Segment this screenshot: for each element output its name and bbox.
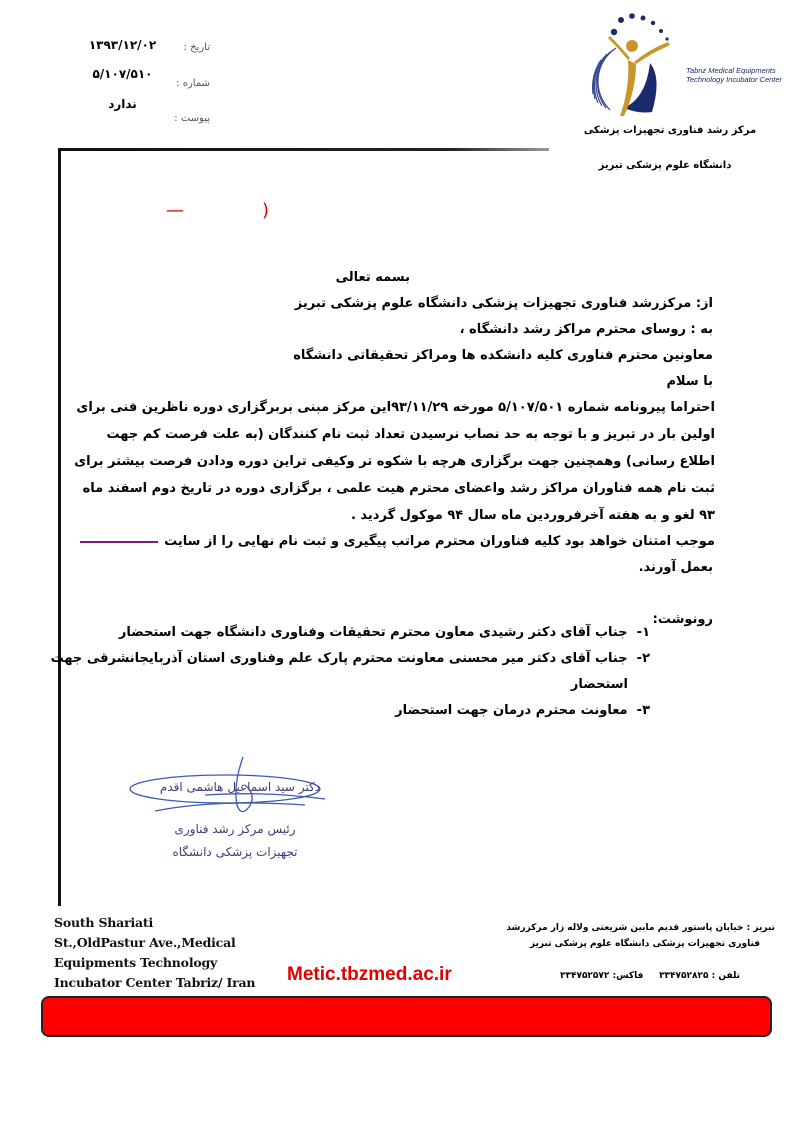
date-label: تاریخ : bbox=[170, 42, 210, 53]
number-value: ۵/۱۰۷/۵۱۰ bbox=[85, 67, 160, 81]
address-en-line: Incubator Center Tabriz/ Iran bbox=[54, 973, 255, 993]
cc-item-2: ۲- جناب آقای دکتر میر محسنی معاونت محترم… bbox=[120, 646, 650, 672]
paragraph-line: احتراما پیرونامه شماره ۵/۱۰۷/۵۰۱ مورخه ۹… bbox=[95, 394, 715, 421]
main-paragraph: احتراما پیرونامه شماره ۵/۱۰۷/۵۰۱ مورخه ۹… bbox=[95, 394, 715, 529]
letter-to: به : روسای محترم مراکز رشد دانشگاه ، bbox=[200, 316, 713, 343]
letter-to-cont: معاونین محترم فناوری کلیه دانشکده ها ومر… bbox=[200, 342, 713, 369]
paragraph-line: اولین بار در تبریز و با توجه به حد نصاب … bbox=[95, 421, 715, 448]
logo-en-line2: Technology Incubator Center bbox=[686, 75, 782, 84]
paragraph-line: ۹۳ لغو و به هفته آخرفروردین ماه سال ۹۴ م… bbox=[95, 502, 715, 529]
cc-item-3: ۳- معاونت محترم درمان جهت استحضار bbox=[120, 698, 650, 724]
cc-item-1: ۱- جناب آقای دکتر رشیدی معاون محترم تحقی… bbox=[120, 620, 650, 646]
logo-text-en: Tabriz Medical Equipments Technology Inc… bbox=[686, 66, 782, 84]
website-link[interactable]: Metic.tbzmed.ac.ir bbox=[287, 964, 452, 986]
request-line: موجب امتنان خواهد بود کلیه فناوران محترم… bbox=[95, 528, 715, 555]
request-end: بعمل آورند. bbox=[200, 554, 713, 581]
red-dash-mark: — bbox=[166, 200, 184, 221]
address-en-line: Equipments Technology bbox=[54, 953, 255, 973]
contact-line: تلفن : ۳۳۴۷۵۲۸۲۵ فاکس: ۳۳۴۷۵۲۵۷۲ bbox=[540, 966, 760, 986]
address-en-line: St.,OldPastur Ave.,Medical bbox=[54, 933, 255, 953]
cc-text: معاونت محترم درمان جهت استحضار bbox=[395, 703, 627, 718]
fax-number: ۳۳۴۷۵۲۵۷۲ bbox=[560, 971, 609, 981]
cc-number: ۳- bbox=[637, 703, 650, 718]
incubator-logo bbox=[590, 8, 690, 118]
footer-red-bar bbox=[41, 996, 772, 1037]
attachment-value: ندارد bbox=[95, 97, 150, 111]
address-fa-line2: فناوری تجهیزات پزشکی دانشگاه علوم پزشکی … bbox=[515, 934, 775, 954]
address-en-line: South Shariati bbox=[54, 913, 255, 933]
footer-address-en: South Shariati St.,OldPastur Ave.,Medica… bbox=[54, 913, 255, 993]
cc-text: جناب آقای دکتر رشیدی معاون محترم تحقیقات… bbox=[119, 625, 628, 640]
cc-number: ۲- bbox=[637, 651, 650, 666]
attachment-label: پیوست : bbox=[168, 113, 210, 124]
frame-left-border bbox=[58, 148, 61, 906]
invocation: بسمه تعالی bbox=[300, 264, 410, 291]
signer-title-2: تجهیزات پزشکی دانشگاه bbox=[150, 845, 320, 859]
logo-university-fa: دانشگاه علوم پزشکی تبریز bbox=[595, 160, 735, 171]
paragraph-line: ثبت نام همه فناوران مراکز رشد واعضای محت… bbox=[95, 475, 715, 502]
greeting: با سلام bbox=[200, 368, 713, 395]
number-label: شماره : bbox=[170, 78, 210, 89]
website-blank-line bbox=[80, 541, 158, 543]
phone-number: ۳۳۴۷۵۲۸۲۵ bbox=[659, 971, 708, 981]
date-value: ۱۳۹۳/۱۲/۰۲ bbox=[85, 38, 160, 52]
logo-emblem-icon bbox=[590, 8, 690, 118]
request-text: موجب امتنان خواهد بود کلیه فناوران محترم… bbox=[164, 534, 715, 549]
fax-label: فاکس: bbox=[613, 971, 644, 981]
logo-en-line1: Tabriz Medical Equipments bbox=[686, 66, 782, 75]
cc-number: ۱- bbox=[637, 625, 650, 640]
cc-text: جناب آقای دکتر میر محسنی معاونت محترم پا… bbox=[51, 651, 628, 666]
signer-title-1: رئیس مرکز رشد فناوری bbox=[150, 822, 320, 836]
signer-name: دکتر سید اسماعیل هاشمی اقدم bbox=[130, 780, 350, 794]
letter-from: از: مرکزرشد فناوری تجهیزات پزشکی دانشگاه… bbox=[200, 290, 713, 317]
cc-item-2-cont: استحضار bbox=[120, 672, 628, 698]
frame-top-border bbox=[58, 148, 549, 151]
phone-label: تلفن : bbox=[712, 971, 740, 981]
red-paren-mark: ) bbox=[262, 200, 269, 221]
paragraph-line: اطلاع رسانی) وهمچنین جهت برگزاری هرچه با… bbox=[95, 448, 715, 475]
logo-title-fa: مرکز رشد فناوری تجهیزات پزشکی bbox=[580, 125, 760, 136]
